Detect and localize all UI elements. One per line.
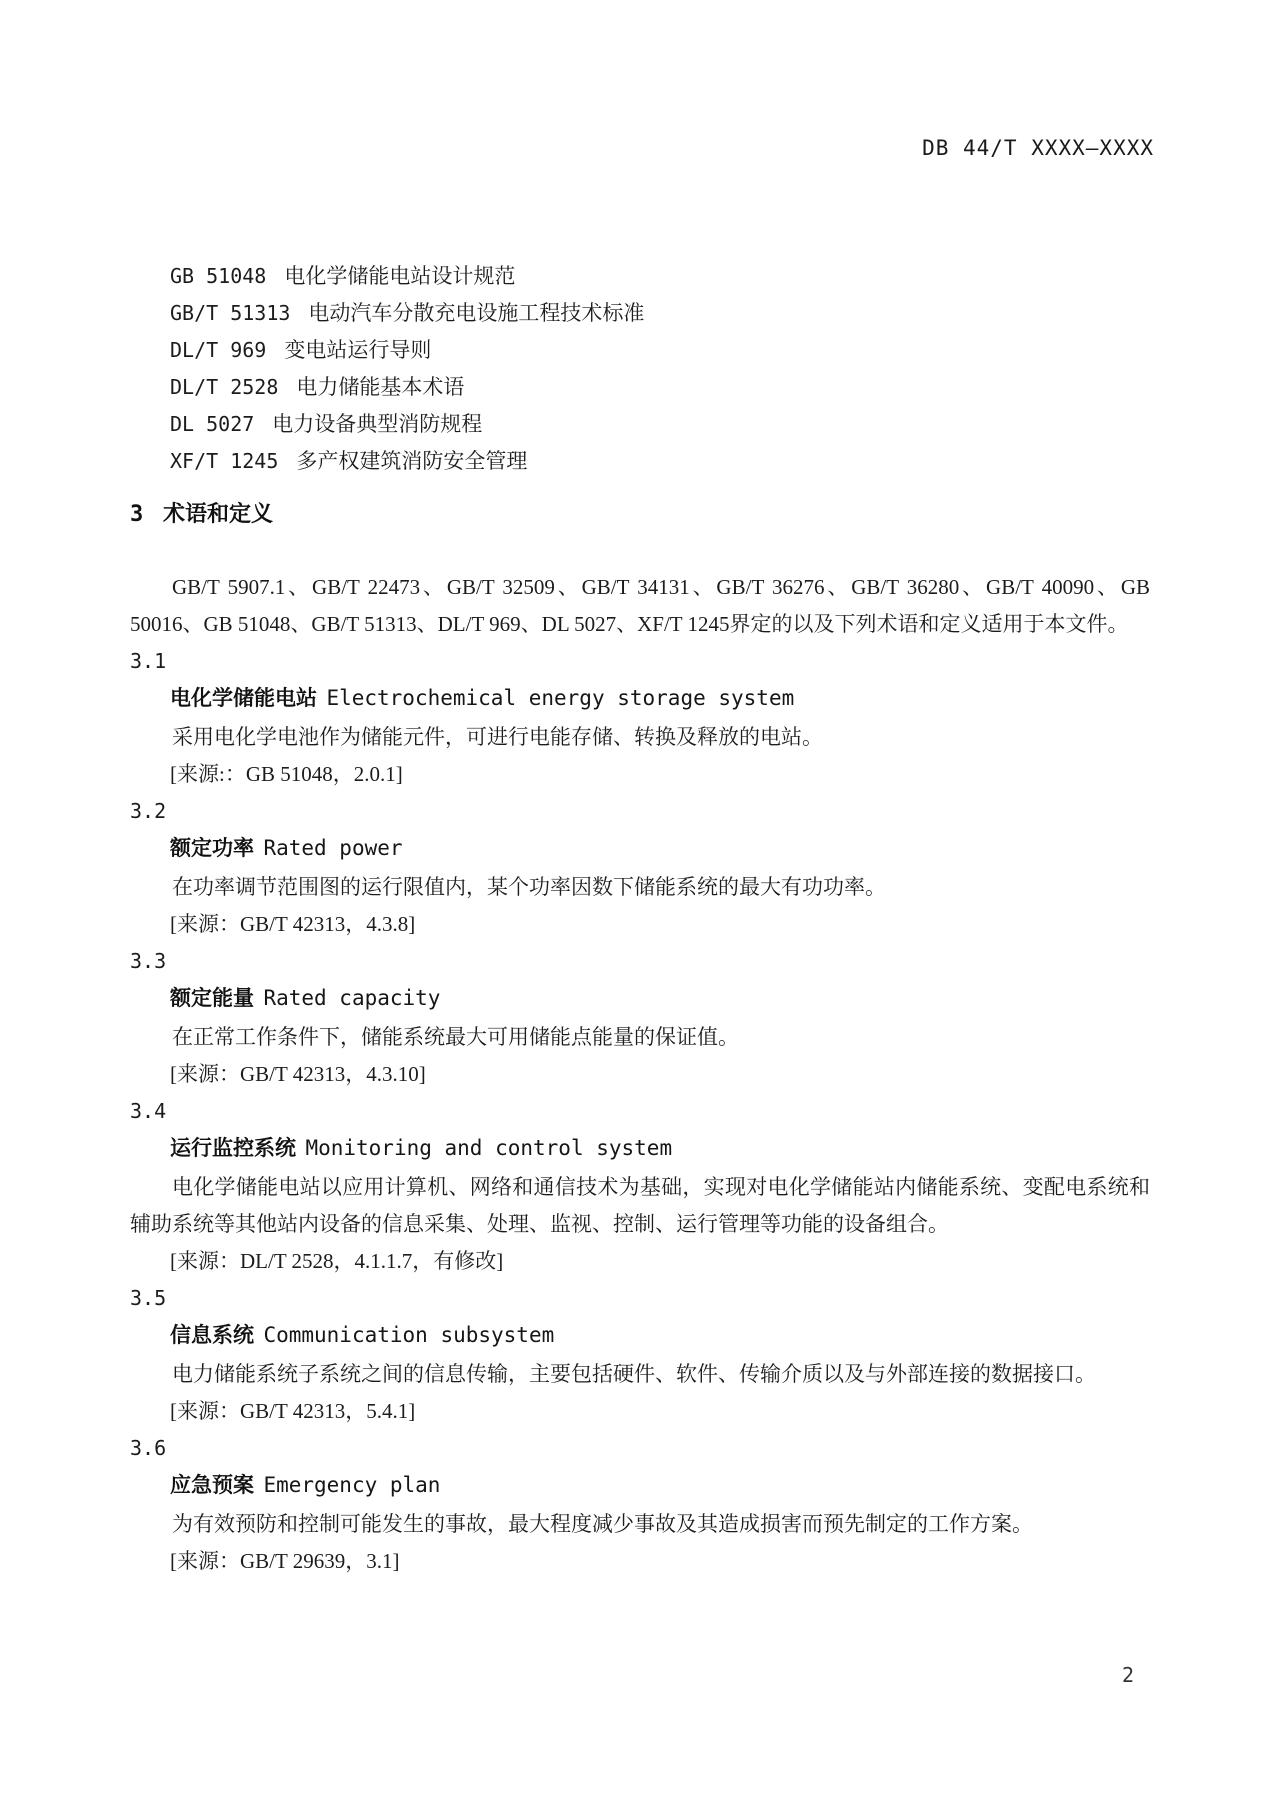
reference-title: 电化学储能电站设计规范: [284, 264, 515, 288]
term-title: 信息系统Communication subsystem: [130, 1317, 1150, 1356]
term-number: 3.1: [130, 643, 1150, 680]
reference-item: DL/T 2528电力储能基本术语: [130, 369, 1150, 406]
reference-code: DL/T 2528: [170, 375, 278, 399]
reference-item: XF/T 1245多产权建筑消防安全管理: [130, 443, 1150, 480]
term-definition: 在功率调节范围图的运行限值内，某个功率因数下储能系统的最大有功功率。: [130, 869, 1150, 906]
term-title: 应急预案Emergency plan: [130, 1467, 1150, 1506]
term-name-cn: 电化学储能电站: [170, 687, 317, 710]
term-source: [来源:：GB 51048，2.0.1]: [130, 756, 1150, 793]
reference-title: 电力设备典型消防规程: [272, 412, 482, 436]
term-name-en: Rated power: [263, 836, 402, 860]
term-title: 额定功率Rated power: [130, 830, 1150, 869]
term-block: 3.2 额定功率Rated power 在功率调节范围图的运行限值内，某个功率因…: [130, 793, 1150, 943]
reference-code: DL/T 969: [170, 338, 266, 362]
term-title: 额定能量Rated capacity: [130, 980, 1150, 1019]
term-number: 3.2: [130, 793, 1150, 830]
term-name-en: Emergency plan: [263, 1473, 440, 1497]
document-page: DB 44/T XXXX—XXXX GB 51048电化学储能电站设计规范 GB…: [0, 0, 1280, 1810]
term-source: [来源：GB/T 42313，4.3.10]: [130, 1056, 1150, 1093]
reference-item: GB 51048电化学储能电站设计规范: [130, 258, 1150, 295]
term-name-en: Monitoring and control system: [305, 1136, 672, 1160]
term-name-en: Electrochemical energy storage system: [326, 686, 794, 710]
term-title: 电化学储能电站Electrochemical energy storage sy…: [130, 680, 1150, 719]
term-block: 3.5 信息系统Communication subsystem 电力储能系统子系…: [130, 1280, 1150, 1430]
term-name-cn: 额定能量: [170, 987, 254, 1010]
document-code-header: DB 44/T XXXX—XXXX: [922, 136, 1154, 160]
section-heading: 3术语和定义: [130, 500, 1150, 529]
reference-title: 变电站运行导则: [284, 338, 431, 362]
term-block: 3.3 额定能量Rated capacity 在正常工作条件下，储能系统最大可用…: [130, 943, 1150, 1093]
term-number: 3.3: [130, 943, 1150, 980]
term-definition: 电化学储能电站以应用计算机、网络和通信技术为基础，实现对电化学储能站内储能系统、…: [130, 1169, 1150, 1243]
term-name-cn: 额定功率: [170, 837, 254, 860]
term-definition: 采用电化学电池作为储能元件，可进行电能存储、转换及释放的电站。: [130, 719, 1150, 756]
section-title: 术语和定义: [163, 501, 273, 526]
term-name-en: Rated capacity: [263, 986, 440, 1010]
reference-title: 电动汽车分散充电设施工程技术标准: [308, 301, 644, 325]
term-name-en: Communication subsystem: [263, 1323, 554, 1347]
term-number: 3.5: [130, 1280, 1150, 1317]
reference-item: DL/T 969变电站运行导则: [130, 332, 1150, 369]
term-number: 3.4: [130, 1093, 1150, 1130]
term-block: 3.6 应急预案Emergency plan 为有效预防和控制可能发生的事故，最…: [130, 1430, 1150, 1580]
reference-item: DL 5027电力设备典型消防规程: [130, 406, 1150, 443]
reference-code: XF/T 1245: [170, 449, 278, 473]
term-block: 3.4 运行监控系统Monitoring and control system …: [130, 1093, 1150, 1280]
reference-code: GB/T 51313: [170, 301, 290, 325]
section-intro-paragraph: GB/T 5907.1、GB/T 22473、GB/T 32509、GB/T 3…: [130, 569, 1150, 643]
reference-title: 电力储能基本术语: [296, 375, 464, 399]
term-source: [来源：GB/T 42313，4.3.8]: [130, 906, 1150, 943]
reference-item: GB/T 51313电动汽车分散充电设施工程技术标准: [130, 295, 1150, 332]
reference-title: 多产权建筑消防安全管理: [296, 449, 527, 473]
term-source: [来源：GB/T 42313，5.4.1]: [130, 1393, 1150, 1430]
term-block: 3.1 电化学储能电站Electrochemical energy storag…: [130, 643, 1150, 793]
term-definition: 电力储能系统子系统之间的信息传输，主要包括硬件、软件、传输介质以及与外部连接的数…: [130, 1356, 1150, 1393]
term-definition: 为有效预防和控制可能发生的事故，最大程度减少事故及其造成损害而预先制定的工作方案…: [130, 1506, 1150, 1543]
page-number: 2: [1122, 1663, 1134, 1687]
term-name-cn: 信息系统: [170, 1324, 254, 1347]
term-definition: 在正常工作条件下，储能系统最大可用储能点能量的保证值。: [130, 1019, 1150, 1056]
term-name-cn: 应急预案: [170, 1474, 254, 1497]
term-name-cn: 运行监控系统: [170, 1137, 296, 1160]
section-number: 3: [130, 502, 143, 527]
term-source: [来源：DL/T 2528，4.1.1.7，有修改]: [130, 1243, 1150, 1280]
term-source: [来源：GB/T 29639，3.1]: [130, 1543, 1150, 1580]
reference-list: GB 51048电化学储能电站设计规范 GB/T 51313电动汽车分散充电设施…: [130, 258, 1150, 480]
reference-code: GB 51048: [170, 264, 266, 288]
term-number: 3.6: [130, 1430, 1150, 1467]
reference-code: DL 5027: [170, 412, 254, 436]
term-title: 运行监控系统Monitoring and control system: [130, 1130, 1150, 1169]
